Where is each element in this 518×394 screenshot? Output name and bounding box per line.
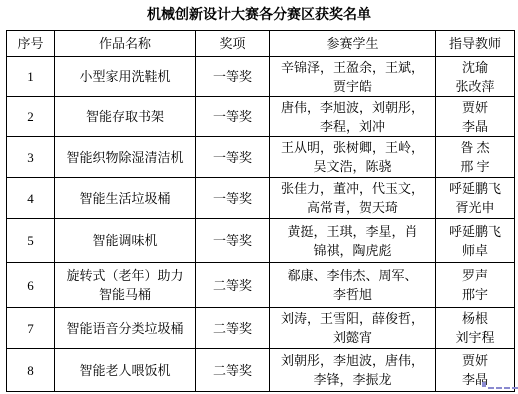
row-number-cell-line: 5 xyxy=(7,231,54,250)
work-name-cell-line: 智能调味机 xyxy=(55,231,195,250)
work-name-cell-line: 智能语音分类垃圾桶 xyxy=(55,319,195,338)
teachers-cell-line: 罗声 xyxy=(436,266,514,285)
students-cell-line: 高常青，贺天琦 xyxy=(270,198,435,217)
award-cell: 二等奖 xyxy=(196,263,270,308)
row-number-cell: 3 xyxy=(7,137,55,178)
teachers-cell-line: 邢 宇 xyxy=(436,157,514,176)
column-header-5: 指导教师 xyxy=(436,31,515,57)
students-cell-line: 郗康、李伟杰、周军、 xyxy=(270,266,435,285)
students-cell-line: 贾宇皓 xyxy=(270,77,435,96)
teachers-cell: 杨根刘宇程 xyxy=(436,308,515,349)
students-cell: 辛锦泽，王盈余，王斌，贾宇皓 xyxy=(270,57,436,97)
row-number-cell-line: 7 xyxy=(7,319,54,338)
students-cell: 黄挺，王琪，李星，肖锦祺，陶虎彪 xyxy=(270,219,436,263)
teachers-cell: 沈瑜张改萍 xyxy=(436,57,515,97)
award-cell-line: 二等奖 xyxy=(196,276,269,295)
students-cell-line: 李程，刘冲 xyxy=(270,117,435,136)
work-name-cell-line: 智能存取书架 xyxy=(55,107,195,126)
teachers-cell-line: 李晶 xyxy=(436,117,514,136)
row-number-cell: 1 xyxy=(7,57,55,97)
teachers-cell-line: 呼延鹏飞 xyxy=(436,179,514,198)
row-number-cell: 4 xyxy=(7,178,55,219)
students-cell-line: 刘朝彤，李旭波，唐伟， xyxy=(270,351,435,370)
teachers-cell-line: 师卓 xyxy=(436,241,514,260)
teachers-cell-line: 杨根 xyxy=(436,309,514,328)
work-name-cell-line: 小型家用洗鞋机 xyxy=(55,67,195,86)
students-cell: 唐伟，李旭波，刘朝彤，李程，刘冲 xyxy=(270,97,436,137)
award-cell-line: 一等奖 xyxy=(196,67,269,86)
award-cell: 一等奖 xyxy=(196,219,270,263)
award-table: 序号作品名称奖项参赛学生指导教师 1小型家用洗鞋机一等奖辛锦泽，王盈余，王斌，贾… xyxy=(6,30,515,392)
award-cell-line: 二等奖 xyxy=(196,361,269,380)
row-number-cell: 6 xyxy=(7,263,55,308)
table-row: 2智能存取书架一等奖唐伟，李旭波，刘朝彤，李程，刘冲贾妍李晶 xyxy=(7,97,515,137)
work-name-cell: 智能织物除湿清洁机 xyxy=(55,137,196,178)
work-name-cell: 旋转式（老年）助力智能马桶 xyxy=(55,263,196,308)
work-name-cell-line: 智能生活垃圾桶 xyxy=(55,189,195,208)
teachers-cell: 呼延鹏飞胥光申 xyxy=(436,178,515,219)
teachers-cell-line: 张改萍 xyxy=(436,77,514,96)
row-number-cell: 8 xyxy=(7,349,55,392)
work-name-cell-line: 智能织物除湿清洁机 xyxy=(55,148,195,167)
row-number-cell-line: 1 xyxy=(7,67,54,86)
award-cell-line: 一等奖 xyxy=(196,107,269,126)
teachers-cell-line: 昝 杰 xyxy=(436,138,514,157)
students-cell-line: 唐伟，李旭波，刘朝彤， xyxy=(270,98,435,117)
teachers-cell: 罗声邢宇 xyxy=(436,263,515,308)
students-cell: 刘涛，王雪阳，薛俊哲，刘懿宵 xyxy=(270,308,436,349)
table-row: 4智能生活垃圾桶一等奖张佳力，董冲，代玉文，高常青，贺天琦呼延鹏飞胥光申 xyxy=(7,178,515,219)
table-row: 5智能调味机一等奖黄挺，王琪，李星，肖锦祺，陶虎彪呼延鹏飞师卓 xyxy=(7,219,515,263)
work-name-cell: 智能存取书架 xyxy=(55,97,196,137)
column-header-1: 序号 xyxy=(7,31,55,57)
award-cell: 一等奖 xyxy=(196,97,270,137)
row-number-cell-line: 3 xyxy=(7,148,54,167)
students-cell: 王从明，张树卿，王岭，吴文浩，陈骁 xyxy=(270,137,436,178)
teachers-cell: 呼延鹏飞师卓 xyxy=(436,219,515,263)
students-cell-line: 李哲旭 xyxy=(270,285,435,304)
students-cell-line: 张佳力，董冲，代玉文， xyxy=(270,179,435,198)
students-cell: 刘朝彤，李旭波，唐伟，李锋，李振龙 xyxy=(270,349,436,392)
award-cell-line: 一等奖 xyxy=(196,189,269,208)
students-cell-line: 吴文浩，陈骁 xyxy=(270,157,435,176)
award-cell: 二等奖 xyxy=(196,308,270,349)
column-header-4: 参赛学生 xyxy=(270,31,436,57)
column-header-3: 奖项 xyxy=(196,31,270,57)
students-cell-line: 刘懿宵 xyxy=(270,328,435,347)
teachers-cell: 贾妍李晶 xyxy=(436,349,515,392)
table-row: 8智能老人喂饭机二等奖刘朝彤，李旭波，唐伟，李锋，李振龙贾妍李晶 xyxy=(7,349,515,392)
work-name-cell-line: 旋转式（老年）助力 xyxy=(55,266,195,285)
table-body: 1小型家用洗鞋机一等奖辛锦泽，王盈余，王斌，贾宇皓沈瑜张改萍2智能存取书架一等奖… xyxy=(7,57,515,392)
work-name-cell: 小型家用洗鞋机 xyxy=(55,57,196,97)
teachers-cell: 昝 杰邢 宇 xyxy=(436,137,515,178)
award-cell: 一等奖 xyxy=(196,137,270,178)
spellcheck-cursor-mark xyxy=(482,382,486,387)
table-row: 3智能织物除湿清洁机一等奖王从明，张树卿，王岭，吴文浩，陈骁昝 杰邢 宇 xyxy=(7,137,515,178)
row-number-cell-line: 6 xyxy=(7,276,54,295)
header-row: 序号作品名称奖项参赛学生指导教师 xyxy=(7,31,515,57)
work-name-cell: 智能老人喂饭机 xyxy=(55,349,196,392)
award-cell: 一等奖 xyxy=(196,57,270,97)
table-row: 1小型家用洗鞋机一等奖辛锦泽，王盈余，王斌，贾宇皓沈瑜张改萍 xyxy=(7,57,515,97)
teachers-cell-line: 贾妍 xyxy=(436,351,514,370)
award-cell-line: 二等奖 xyxy=(196,319,269,338)
students-cell-line: 锦祺，陶虎彪 xyxy=(270,241,435,260)
award-cell-line: 一等奖 xyxy=(196,148,269,167)
teachers-cell-line: 刘宇程 xyxy=(436,328,514,347)
work-name-cell-line: 智能老人喂饭机 xyxy=(55,361,195,380)
table-row: 6旋转式（老年）助力智能马桶二等奖郗康、李伟杰、周军、李哲旭罗声邢宇 xyxy=(7,263,515,308)
row-number-cell-line: 8 xyxy=(7,361,54,380)
award-cell: 一等奖 xyxy=(196,178,270,219)
students-cell-line: 王从明，张树卿，王岭， xyxy=(270,138,435,157)
students-cell-line: 刘涛，王雪阳，薛俊哲， xyxy=(270,309,435,328)
row-number-cell: 7 xyxy=(7,308,55,349)
table-row: 7智能语音分类垃圾桶二等奖刘涛，王雪阳，薛俊哲，刘懿宵杨根刘宇程 xyxy=(7,308,515,349)
teachers-cell-line: 呼延鹏飞 xyxy=(436,222,514,241)
work-name-cell: 智能调味机 xyxy=(55,219,196,263)
row-number-cell-line: 2 xyxy=(7,107,54,126)
award-cell-line: 一等奖 xyxy=(196,231,269,250)
teachers-cell-line: 贾妍 xyxy=(436,98,514,117)
students-cell-line: 黄挺，王琪，李星，肖 xyxy=(270,222,435,241)
row-number-cell: 5 xyxy=(7,219,55,263)
page-title: 机械创新设计大赛各分赛区获奖名单 xyxy=(0,0,518,30)
row-number-cell: 2 xyxy=(7,97,55,137)
teachers-cell-line: 沈瑜 xyxy=(436,58,514,77)
teachers-cell-line: 邢宇 xyxy=(436,285,514,304)
teachers-cell-line: 胥光申 xyxy=(436,198,514,217)
column-header-2: 作品名称 xyxy=(55,31,196,57)
row-number-cell-line: 4 xyxy=(7,189,54,208)
students-cell: 郗康、李伟杰、周军、李哲旭 xyxy=(270,263,436,308)
spellcheck-dashed-line xyxy=(488,387,518,389)
work-name-cell-line: 智能马桶 xyxy=(55,285,195,304)
students-cell-line: 辛锦泽，王盈余，王斌， xyxy=(270,58,435,77)
teachers-cell: 贾妍李晶 xyxy=(436,97,515,137)
work-name-cell: 智能语音分类垃圾桶 xyxy=(55,308,196,349)
award-cell: 二等奖 xyxy=(196,349,270,392)
work-name-cell: 智能生活垃圾桶 xyxy=(55,178,196,219)
students-cell: 张佳力，董冲，代玉文，高常青，贺天琦 xyxy=(270,178,436,219)
students-cell-line: 李锋，李振龙 xyxy=(270,370,435,389)
